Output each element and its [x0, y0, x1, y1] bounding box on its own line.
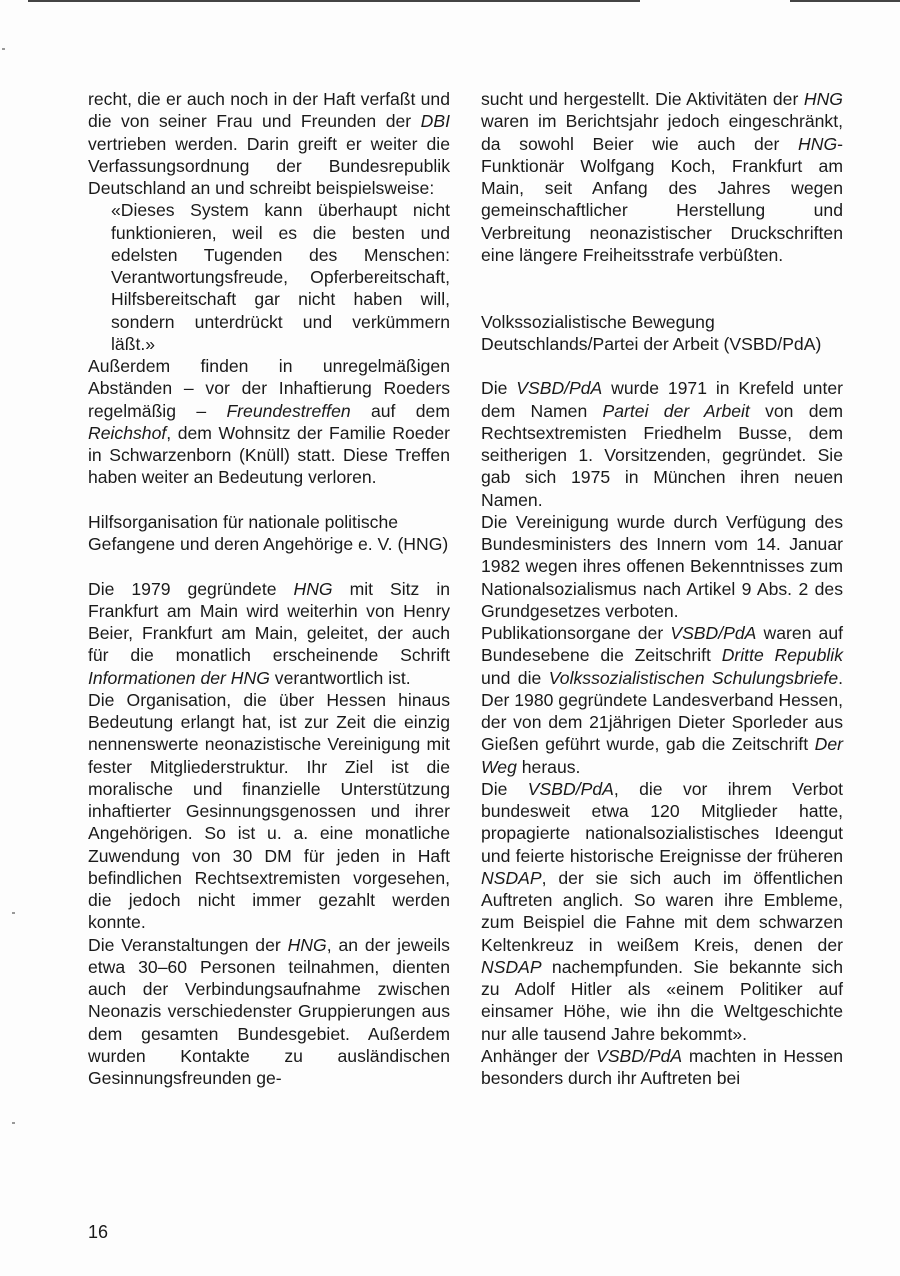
emphasis: HNG	[804, 89, 843, 109]
text: Die	[481, 779, 528, 799]
emphasis: VSBD/PdA	[528, 779, 614, 799]
scan-speck	[12, 1122, 15, 1124]
emphasis: Volkssozialistischen Schulungsbriefe	[549, 668, 838, 688]
paragraph: Die 1979 gegründete HNG mit Sitz in Fran…	[88, 578, 450, 689]
emphasis: Informationen der HNG	[88, 668, 270, 688]
text: recht, die er auch noch in der Haft verf…	[88, 89, 450, 131]
emphasis: VSBD/PdA	[516, 378, 602, 398]
text: sucht und hergestellt. Die Aktivitäten d…	[481, 89, 804, 109]
spacer	[481, 288, 843, 310]
page-number: 16	[88, 1222, 108, 1243]
emphasis: Reichshof	[88, 423, 166, 443]
emphasis: NSDAP	[481, 868, 542, 888]
emphasis: VSBD/PdA	[670, 623, 756, 643]
text: heraus.	[517, 757, 581, 777]
paragraph: Die Veranstaltungen der HNG, an der jewe…	[88, 934, 450, 1090]
spacer	[481, 266, 843, 288]
emphasis: VSBD/PdA	[596, 1046, 682, 1066]
paragraph: recht, die er auch noch in der Haft verf…	[88, 88, 450, 199]
paragraph: Die VSBD/PdA wurde 1971 in Krefeld unter…	[481, 377, 843, 511]
scan-speck	[12, 912, 15, 914]
emphasis: HNG	[798, 134, 837, 154]
text: verantwortlich ist.	[270, 668, 411, 688]
paragraph: Die Vereinigung wurde durch Verfügung de…	[481, 511, 843, 622]
text: Die 1979 gegründete	[88, 579, 294, 599]
paragraph: Die Organisation, die über Hessen hinaus…	[88, 689, 450, 934]
left-column: recht, die er auch noch in der Haft verf…	[88, 88, 450, 1089]
text: vertrieben werden. Darin greift er weite…	[88, 134, 450, 199]
paragraph: sucht und hergestellt. Die Aktivitäten d…	[481, 88, 843, 266]
text: und die	[481, 668, 549, 688]
paragraph: Anhänger der VSBD/PdA machten in Hessen …	[481, 1045, 843, 1090]
paragraph: Die VSBD/PdA, die vor ihrem Verbot bunde…	[481, 778, 843, 1045]
top-border-rule	[28, 0, 640, 2]
text: auf dem	[351, 401, 450, 421]
emphasis: Dritte Republik	[722, 645, 843, 665]
spacer	[88, 489, 450, 511]
emphasis: Partei der Arbeit	[603, 401, 750, 421]
top-border-rule-right	[790, 0, 900, 2]
text: Die Veranstaltungen der	[88, 935, 288, 955]
spacer	[481, 355, 843, 377]
emphasis: DBI	[421, 111, 450, 131]
text: Anhänger der	[481, 1046, 596, 1066]
paragraph: Außerdem finden in unregelmäßigen Abstän…	[88, 355, 450, 489]
text: Die	[481, 378, 516, 398]
section-heading-vsbd: Volkssozialistische Bewegung Deutschland…	[481, 311, 843, 356]
text: waren im Berichtsjahr jedoch eingeschrän…	[481, 111, 843, 153]
block-quote: «Dieses System kann überhaupt nicht funk…	[88, 199, 450, 355]
emphasis: Freundestreffen	[226, 401, 350, 421]
emphasis: NSDAP	[481, 957, 542, 977]
text: , an der jeweils etwa 30–60 Personen tei…	[88, 935, 450, 1089]
right-column: sucht und hergestellt. Die Aktivitäten d…	[481, 88, 843, 1089]
text: Publikationsorgane der	[481, 623, 670, 643]
emphasis: HNG	[294, 579, 333, 599]
scan-speck	[2, 48, 5, 50]
emphasis: HNG	[288, 935, 327, 955]
spacer	[88, 555, 450, 577]
section-heading-hng: Hilfsorganisation für nationale politisc…	[88, 511, 450, 556]
paragraph: Publikationsorgane der VSBD/PdA waren au…	[481, 622, 843, 778]
